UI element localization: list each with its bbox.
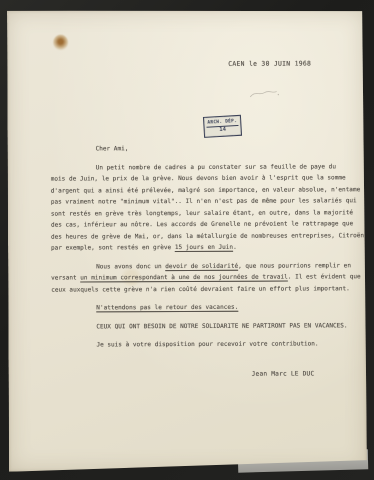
text-segment: versant: [51, 274, 80, 281]
letter-body: Cher Ami, Un petit nombre de cadres a pu…: [51, 142, 374, 351]
letter-line: pas vraiment notre "minimum vital".. Il …: [51, 195, 373, 208]
text-segment: sont restés en grève très longtemps, leu…: [51, 209, 353, 217]
text-segment: des cas, inférieur au nôtre. Les accords…: [51, 220, 353, 228]
paper-stain: [53, 35, 68, 51]
text-segment: CEUX QUI ONT BESOIN DE NOTRE SOLIDARITE …: [96, 322, 347, 330]
text-segment: des heures de grève de Mai, or, dans la …: [51, 232, 364, 240]
text-segment: Un petit nombre de cadres a pu constater…: [96, 163, 336, 171]
text-segment: d'argent qui a ainsi été prélevée, malgr…: [51, 186, 360, 194]
pencil-mark: [247, 86, 281, 102]
letter-line: des heures de grève de Mai, or, dans la …: [51, 230, 373, 243]
letter-line: CEUX QUI ONT BESOIN DE NOTRE SOLIDARITE …: [96, 320, 373, 333]
letter-line: Je suis à votre disposition pour recevoi…: [96, 338, 373, 351]
letter-line: des cas, inférieur au nôtre. Les accords…: [51, 218, 373, 231]
archive-stamp: ARCH. DÉP. 14: [203, 115, 242, 138]
archive-stamp-number: 14: [219, 127, 226, 134]
text-segment: Nous avons donc un: [96, 263, 165, 270]
text-segment: par exemple, sont restés en grève: [51, 244, 175, 252]
text-segment: , que nous pourrions remplir en: [238, 262, 351, 269]
text-segment: ceux auxquels cette grève n'a rien coûté…: [51, 285, 350, 293]
text-segment: .: [233, 244, 237, 251]
letter-line: ceux auxquels cette grève n'a rien coûté…: [51, 283, 373, 296]
underlined-text: N'attendons pas le retour des vacances.: [96, 304, 238, 312]
letter-line: versant un minimum correspondant à une d…: [51, 271, 373, 284]
text-segment: . Il est évident que: [288, 273, 361, 280]
underlined-text: devoir de solidarité: [165, 262, 238, 269]
scanned-letter-page: CAEN le 30 JUIN 1968 ARCH. DÉP. 14 Cher …: [0, 0, 374, 480]
underlined-text: un minimum correspondant à une de nos jo…: [80, 274, 288, 282]
salutation: Cher Ami,: [96, 142, 373, 155]
text-segment: Je suis à votre disposition pour recevoi…: [96, 340, 318, 348]
letter-paper: CAEN le 30 JUIN 1968 ARCH. DÉP. 14 Cher …: [7, 9, 367, 472]
letter-line: par exemple, sont restés en grève 15 jou…: [51, 241, 373, 254]
signature: Jean Marc LE DUC: [252, 370, 315, 377]
text-segment: mois de Juin, le prix de la grève. Nous …: [51, 174, 346, 182]
underlined-text: 15 jours en Juin: [175, 244, 233, 251]
text-segment: pas vraiment notre "minimum vital".. Il …: [51, 197, 357, 205]
date-line: CAEN le 30 JUIN 1968: [228, 59, 311, 67]
letter-line: mois de Juin, le prix de la grève. Nous …: [51, 172, 373, 185]
letter-line: N'attendons pas le retour des vacances.: [96, 301, 373, 314]
letter-lines: Un petit nombre de cadres a pu constater…: [51, 161, 374, 351]
